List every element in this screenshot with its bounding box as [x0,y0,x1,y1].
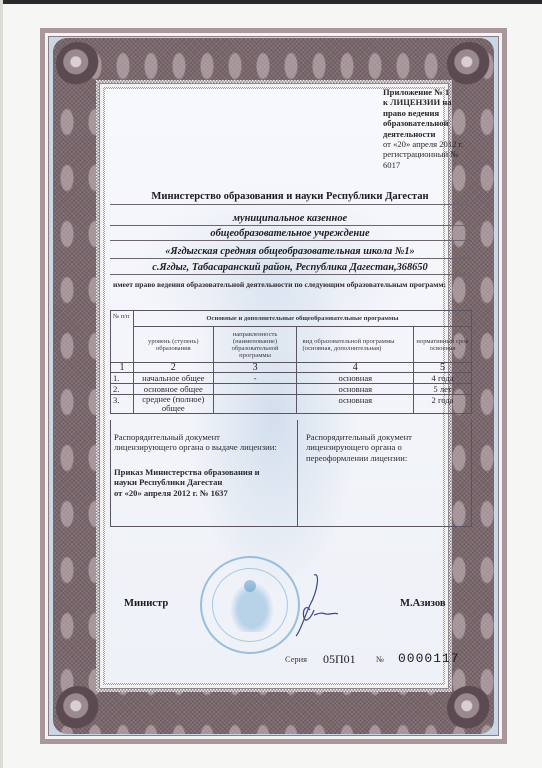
col-number: 1 [111,363,134,373]
row-term: 4 года [414,373,472,384]
signature-icon [292,570,342,640]
orders-section: Распорядительный документ лицензирующего… [110,420,472,527]
row-level: среднее (полное) общее [133,395,213,414]
signatory-position: Министр [124,598,168,609]
annex-reg-number: 6017 [383,160,469,170]
col-number: 5 [414,363,472,373]
document-content: Приложение № 1 к ЛИЦЕНЗИИ на право веден… [0,0,542,768]
series-label: Серия [285,655,307,664]
row-direction [213,395,297,414]
license-number: 0000117 [398,651,460,666]
annex-line: деятельности [383,129,469,139]
table-row: 1. начальное общее - основная 4 года [111,373,472,384]
annex-line: образовательной [383,118,469,128]
row-direction [213,384,297,395]
row-direction: - [213,373,297,384]
programs-table: № п/п Основные и дополнительные общеобра… [110,310,472,414]
row-kind: основная [297,395,414,414]
reissue-order: Распорядительный документ лицензирующего… [298,420,471,526]
row-level: основное общее [133,384,213,395]
row-term: 5 лет [414,384,472,395]
row-num: 2. [111,384,134,395]
annex-reg-label: регистрационный № [383,149,469,159]
reissue-label: лицензирующего органа о [306,442,467,452]
table-row: 2. основное общее основная 5 лет [111,384,472,395]
issue-label: лицензирующего органа о выдаче лицензии: [114,442,293,452]
header-kind: вид образовательной программы (основная,… [297,327,414,363]
issue-label: Распорядительный документ [114,432,293,442]
table-row: 3. среднее (полное) общее основная 2 год… [111,395,472,414]
org-name: «Ягдыгская средняя общеобразовательная ш… [110,246,470,259]
annex-line: Приложение № 1 [383,87,469,97]
row-kind: основная [297,384,414,395]
row-term: 2 года [414,395,472,414]
header-direction: направленность (наименование) образовате… [213,327,297,363]
org-type-line-2: общеобразовательное учреждение [110,228,470,241]
official-seal-icon [200,556,300,654]
intro-text: имеет право ведения образовательной деят… [113,280,468,289]
number-label: № [376,655,384,664]
org-address: с.Ягдыг, Табасаранский район, Республика… [110,262,470,275]
org-type-line-1: муниципальное казенное [110,213,470,226]
header-term: нормативный срок освоения [414,327,472,363]
reissue-label: переоформлении лицензии: [306,453,467,463]
row-num: 1. [111,373,134,384]
reissue-label: Распорядительный документ [306,432,467,442]
header-group: Основные и дополнительные общеобразовате… [133,311,471,327]
annex-line: право ведения [383,108,469,118]
ministry-title: Министерство образования и науки Республ… [110,191,470,205]
issue-order: Распорядительный документ лицензирующего… [111,420,298,526]
issue-order-text: Приказ Министерства образования и науки … [114,467,293,498]
annex-line: к ЛИЦЕНЗИИ на [383,97,469,107]
row-level: начальное общее [133,373,213,384]
row-num: 3. [111,395,134,414]
annex-date: от «20» апреля 2012 г. [383,139,469,149]
series-value: 05П01 [323,652,356,667]
col-number: 4 [297,363,414,373]
signatory-name: М.Азизов [400,598,446,609]
col-number: 2 [133,363,213,373]
row-kind: основная [297,373,414,384]
header-num: № п/п [111,311,134,363]
annex-header: Приложение № 1 к ЛИЦЕНЗИИ на право веден… [383,87,469,170]
header-level: уровень (ступень) образования [133,327,213,363]
col-number: 3 [213,363,297,373]
